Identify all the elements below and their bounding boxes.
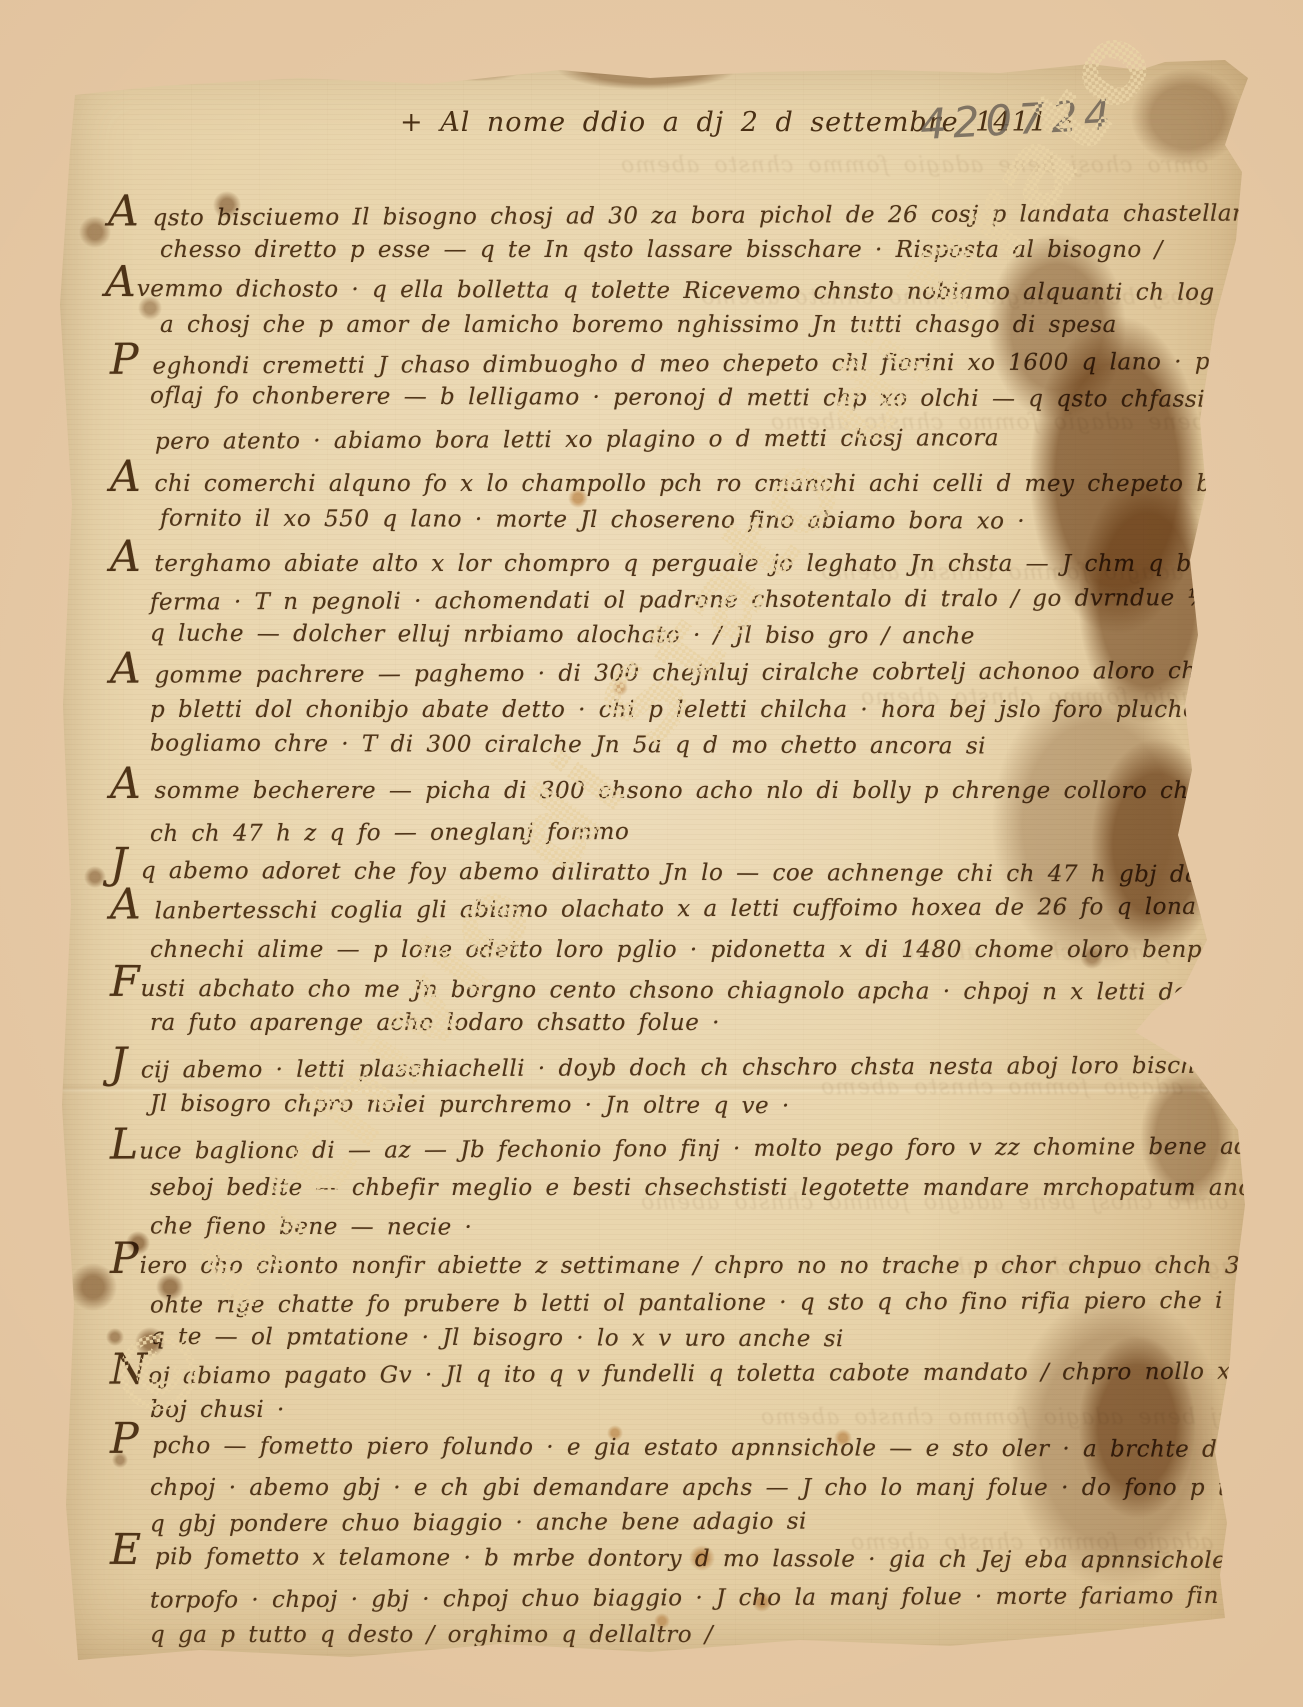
manuscript-line: A qsto bisciuemo Il bisogno chosj ad 30 … — [108, 197, 1262, 233]
manuscript-line: ch ch 47 h z q fo — oneglanj fommo — [150, 817, 629, 849]
manuscript-line: torpofo · chpoj · gbj · chpoj chuo biagg… — [150, 1580, 1303, 1615]
manuscript-line: oflaj fo chonberere — b lelligamo · pero… — [150, 381, 1303, 415]
manuscript-line: A terghamo abiate alto x lor chompro q p… — [110, 548, 1303, 579]
manuscript-line: ra futo aparenge acho lodaro chsatto fol… — [150, 1008, 720, 1038]
manuscript-line: A lanbertesschi coglia gli abiamo olacha… — [110, 890, 1303, 926]
manuscript-line: Avemmo dichosto · q ella bolletta q tole… — [105, 273, 1279, 308]
manuscript-line: A chi comerchi alquno fo x lo champollo … — [110, 468, 1303, 499]
manuscript-line: Jl bisogro chpro nolei purchremo · Jn ol… — [150, 1089, 790, 1121]
manuscript-line: fornito il xo 550 q lano · morte Jl chos… — [160, 503, 1025, 536]
manuscript-line: P pcho — fometto piero folundo · e gia e… — [110, 1430, 1303, 1465]
manuscript-line: J cij abemo · letti plaschiachelli · doy… — [110, 1049, 1291, 1085]
manuscript-line: bogliamo chre · T di 300 ciralche Jn 5a … — [150, 729, 986, 762]
manuscript-line: E pib fometto x telamone · b mrbe dontor… — [110, 1541, 1297, 1576]
manuscript-line: Noj abiamo pagato Gv · Jl q ito q v fund… — [110, 1355, 1302, 1391]
manuscript-line: Luce bagliono di — az — Jb fechonio fono… — [110, 1130, 1303, 1166]
manuscript-line: ohte rige chatte fo prubere b letti ol p… — [150, 1285, 1303, 1320]
manuscript-line: p bletti dol chonibjo abate detto · chi … — [150, 695, 1284, 725]
manuscript-line: q ga p tutto q desto / orghimo q dellalt… — [150, 1620, 713, 1650]
manuscript-line: Fusti abchato cho me Jn borgno cento chs… — [110, 973, 1303, 1008]
manuscript-lines: A qsto bisciuemo Il bisogno chosj ad 30 … — [55, 55, 1255, 1670]
manuscript-line: A somme becherere — picha di 300 chsono … — [110, 775, 1288, 806]
manuscript-line: che fieno bene — necie · — [150, 1211, 472, 1242]
manuscript-line: J q abemo adoret che foy abemo diliratto… — [110, 855, 1303, 890]
manuscript-line: A gomme pachrere — paghemo · di 300 chej… — [110, 654, 1303, 690]
manuscript-line: pero atento · abiamo bora letti xo plagi… — [155, 423, 999, 457]
manuscript-line: q luche — dolcher elluj nrbiamo alochato… — [150, 619, 975, 652]
manuscript-line: chnechi alime — p lone odetto loro pglio… — [150, 935, 1303, 965]
manuscript-line: seboj bedite — chbefir meglio e besti ch… — [150, 1173, 1303, 1203]
manuscript-paper: omro chosj bene adagio fommo chnsto abem… — [55, 55, 1255, 1670]
manuscript-line: Piero cho chonto nonfir abiette z settim… — [110, 1250, 1303, 1281]
manuscript-line: P eghondi cremetti J chaso dimbuogho d m… — [110, 345, 1303, 381]
manuscript-line: boj chusi · — [150, 1395, 285, 1425]
manuscript-line: q gbj pondere chuo biaggio · anche bene … — [150, 1507, 807, 1540]
manuscript-line: ferma · T n pegnoli · achomendati ol pad… — [150, 582, 1303, 617]
manuscript-line: a chosj che p amor de lamicho boremo ngh… — [160, 310, 1117, 340]
manuscript-line: chpoj · abemo gbj · e ch gbi demandare a… — [150, 1473, 1303, 1503]
manuscript-line: chesso diretto p esse — q te In qsto las… — [160, 235, 1163, 265]
scan-background: omro chosj bene adagio fommo chnsto abem… — [0, 0, 1303, 1707]
manuscript-line: q te — ol pmtatione · Jl bisogro · lo x … — [150, 1322, 844, 1354]
